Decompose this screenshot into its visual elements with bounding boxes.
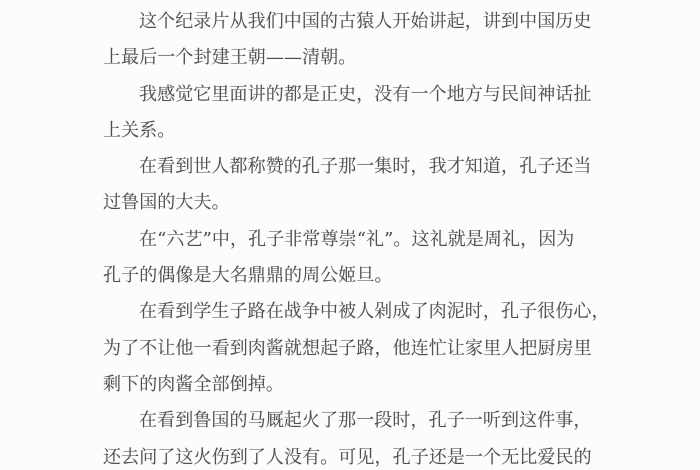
text-line: 过鲁国的大夫。 <box>103 185 595 221</box>
paragraph: 这个纪录片从我们中国的古猿人开始讲起，讲到中国历史 上最后一个封建王朝——清朝。 <box>103 4 595 77</box>
text-line: 这个纪录片从我们中国的古猿人开始讲起，讲到中国历史 <box>103 4 595 40</box>
text-line: 我感觉它里面讲的都是正史，没有一个地方与民间神话扯 <box>103 77 595 113</box>
text-line: 在看到世人都称赞的孔子那一集时，我才知道，孔子还当 <box>103 149 595 185</box>
paragraph: 我感觉它里面讲的都是正史，没有一个地方与民间神话扯 上关系。 <box>103 77 595 150</box>
text-line: 上关系。 <box>103 113 595 149</box>
text-line: 还去问了这火伤到了人没有。可见，孔子还是一个无比爱民的 <box>103 440 595 470</box>
paragraph: 在“六艺”中，孔子非常尊崇“礼”。这礼就是周礼，因为 孔子的偶像是大名鼎鼎的周公… <box>103 222 595 295</box>
text-line: 剩下的肉酱全部倒掉。 <box>103 367 595 403</box>
paragraph: 在看到鲁国的马厩起火了那一段时，孔子一听到这件事， 还去问了这火伤到了人没有。可… <box>103 403 595 470</box>
text-line: 上最后一个封建王朝——清朝。 <box>103 40 595 76</box>
text-line: 在“六艺”中，孔子非常尊崇“礼”。这礼就是周礼，因为 <box>103 222 595 258</box>
paragraph: 在看到世人都称赞的孔子那一集时，我才知道，孔子还当 过鲁国的大夫。 <box>103 149 595 222</box>
document-page: 这个纪录片从我们中国的古猿人开始讲起，讲到中国历史 上最后一个封建王朝——清朝。… <box>103 4 595 470</box>
paragraph: 在看到学生子路在战争中被人剁成了肉泥时，孔子很伤心， 为了不让他一看到肉酱就想起… <box>103 294 595 403</box>
text-line: 在看到学生子路在战争中被人剁成了肉泥时，孔子很伤心， <box>103 294 595 330</box>
text-line: 孔子的偶像是大名鼎鼎的周公姬旦。 <box>103 258 595 294</box>
text-line: 为了不让他一看到肉酱就想起子路，他连忙让家里人把厨房里 <box>103 331 595 367</box>
text-line: 在看到鲁国的马厩起火了那一段时，孔子一听到这件事， <box>103 403 595 439</box>
